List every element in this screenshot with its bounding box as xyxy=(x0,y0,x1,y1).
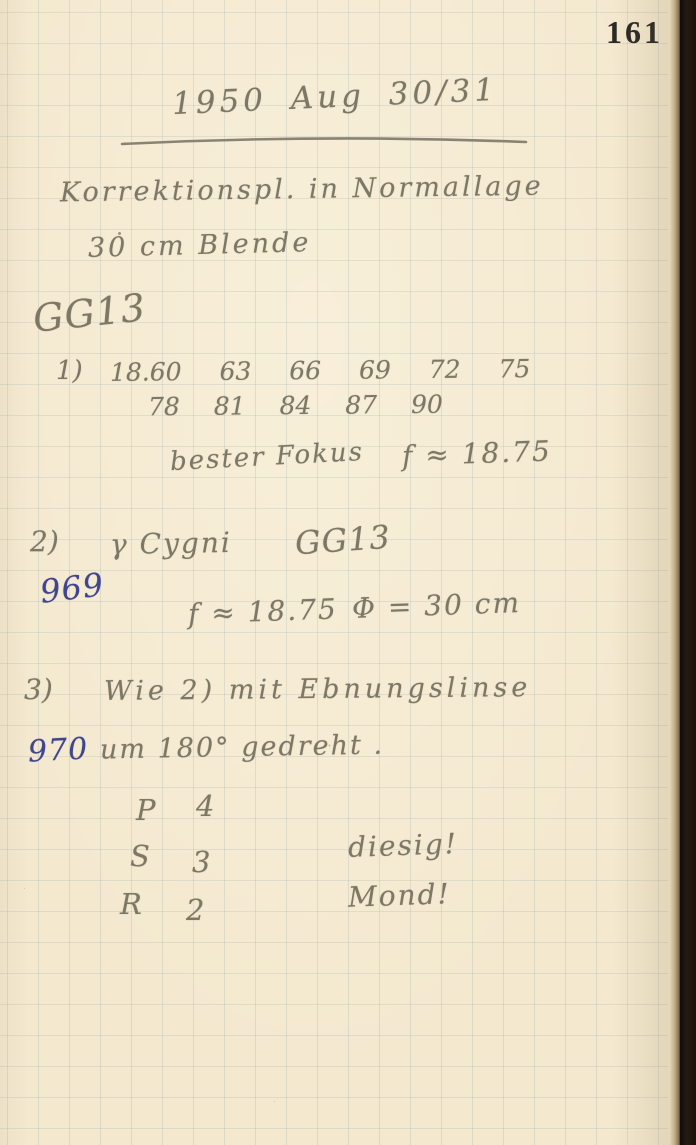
obs3-label: 3) xyxy=(24,676,53,704)
rating-key-r: R xyxy=(120,890,142,919)
rating-note-s: diesig! xyxy=(348,830,459,862)
page-number: 161 xyxy=(606,14,663,51)
setup-line-1: Korrektionspl. in Normallage xyxy=(60,173,544,207)
rating-value-r: 2 xyxy=(186,896,204,925)
filter-heading: GG13 xyxy=(31,288,147,338)
series1-values-row1: 18.60 63 66 69 72 75 xyxy=(110,356,531,385)
obs2-target: γ Cygni xyxy=(110,529,232,559)
date-underline xyxy=(118,130,530,150)
obs2-filter: GG13 xyxy=(294,521,392,560)
best-focus-value: f ≈ 18.75 xyxy=(402,437,553,470)
best-focus-label: bester Fokus xyxy=(169,439,364,475)
rating-value-s: 3 xyxy=(192,848,210,877)
rating-key-p: P xyxy=(136,796,156,825)
obs3-description-1: Wie 2) mit Ebnungslinse xyxy=(104,674,531,705)
page-edge xyxy=(666,0,680,1145)
rating-key-s: S xyxy=(130,842,150,871)
obs3-description-2: um 180° gedreht . xyxy=(100,732,384,764)
setup-line-2: 30 cm Blende xyxy=(88,229,312,262)
series1-values-row2: 78 81 84 87 90 xyxy=(148,392,443,420)
obs2-label: 2) xyxy=(30,528,59,556)
rating-value-p: 4 xyxy=(196,792,214,821)
rating-note-r: Mond! xyxy=(348,880,452,912)
notebook-page: 161 1950 Aug 30/31 Korrektionspl. in Nor… xyxy=(0,0,696,1145)
obs3-plate-number: 970 xyxy=(27,734,89,767)
paper-speck xyxy=(118,232,121,235)
series1-label: 1) xyxy=(56,358,83,384)
book-binding xyxy=(680,0,696,1145)
obs2-plate-number: 969 xyxy=(38,568,106,608)
obs2-aperture: Φ = 30 cm xyxy=(352,589,522,623)
date-heading: 1950 Aug 30/31 xyxy=(171,75,498,120)
obs2-focus: f ≈ 18.75 xyxy=(188,595,339,628)
